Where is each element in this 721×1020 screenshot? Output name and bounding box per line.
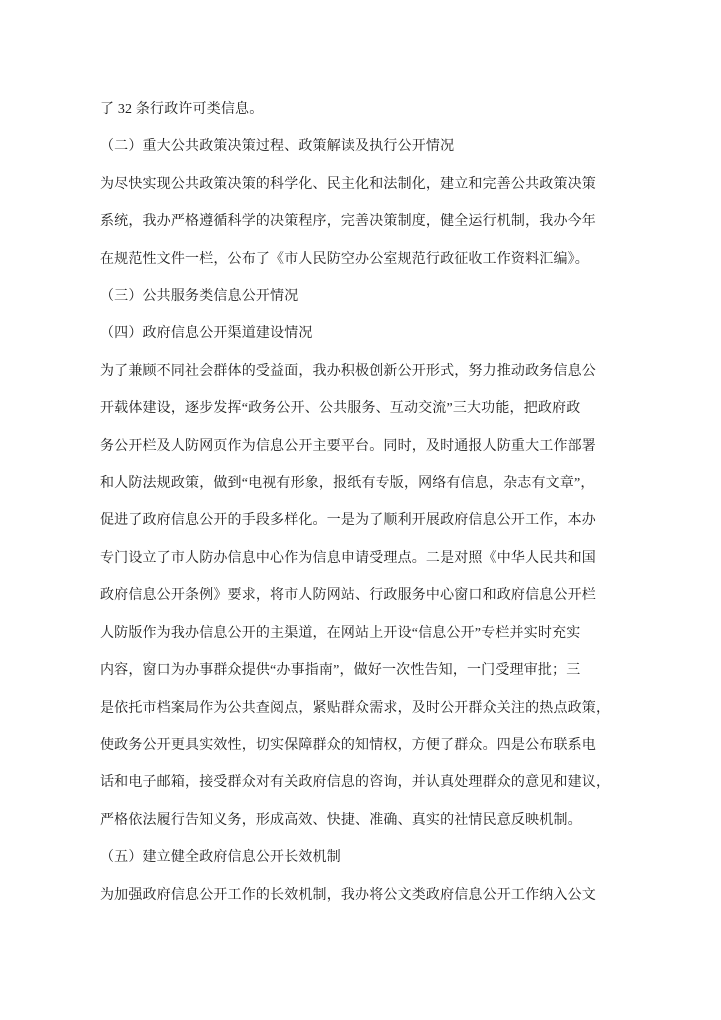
body-line: 专门设立了市人防办信息中心作为信息申请受理点。二是对照《中华人民共和国 bbox=[100, 540, 617, 577]
section-heading-4: （四）政府信息公开渠道建设情况 bbox=[100, 315, 617, 352]
body-line: 使政务公开更具实效性，切实保障群众的知情权，方便了群众。四是公布联系电 bbox=[100, 727, 617, 764]
body-line: 和人防法规政策，做到“电视有形象，报纸有专版，网络有信息，杂志有文章”， bbox=[100, 465, 617, 502]
body-line: 为加强政府信息公开工作的长效机制，我办将公文类政府信息公开工作纳入公文 bbox=[100, 877, 617, 914]
body-line: 促进了政府信息公开的手段多样化。一是为了顺利开展政府信息公开工作，本办 bbox=[100, 502, 617, 539]
body-line: 人防版作为我办信息公开的主渠道，在网站上开设“信息公开”专栏并实时充实 bbox=[100, 615, 617, 652]
section-heading-3: （三）公共服务类信息公开情况 bbox=[100, 278, 617, 315]
body-line: 严格依法履行告知义务，形成高效、快捷、准确、真实的社情民意反映机制。 bbox=[100, 802, 617, 839]
body-line: 为尽快实现公共政策决策的科学化、民主化和法制化，建立和完善公共政策决策 bbox=[100, 166, 617, 203]
body-line: 系统，我办严格遵循科学的决策程序，完善决策制度，健全运行机制，我办今年 bbox=[100, 203, 617, 240]
body-line: 是依托市档案局作为公共查阅点，紧贴群众需求，及时公开群众关注的热点政策， bbox=[100, 690, 617, 727]
body-line: 开载体建设，逐步发挥“政务公开、公共服务、互动交流”三大功能，把政府政 bbox=[100, 390, 617, 427]
body-line: 为了兼顾不同社会群体的受益面，我办积极创新公开形式，努力推动政务信息公 bbox=[100, 353, 617, 390]
body-line: 在规范性文件一栏，公布了《市人民防空办公室规范行政征收工作资料汇编》。 bbox=[100, 241, 617, 278]
body-line: 政府信息公开条例》要求，将市人防网站、行政服务中心窗口和政府信息公开栏 bbox=[100, 577, 617, 614]
section-heading-2: （二）重大公共政策决策过程、政策解读及执行公开情况 bbox=[100, 128, 617, 165]
body-line: 了 32 条行政许可类信息。 bbox=[100, 91, 617, 128]
body-line: 务公开栏及人防网页作为信息公开主要平台。同时，及时通报人防重大工作部署 bbox=[100, 428, 617, 465]
body-line: 话和电子邮箱，接受群众对有关政府信息的咨询，并认真处理群众的意见和建议， bbox=[100, 764, 617, 801]
document-page: 了 32 条行政许可类信息。 （二）重大公共政策决策过程、政策解读及执行公开情况… bbox=[0, 0, 721, 1020]
body-line: 内容，窗口为办事群众提供“办事指南”，做好一次性告知，一门受理审批；三 bbox=[100, 652, 617, 689]
section-heading-5: （五）建立健全政府信息公开长效机制 bbox=[100, 839, 617, 876]
